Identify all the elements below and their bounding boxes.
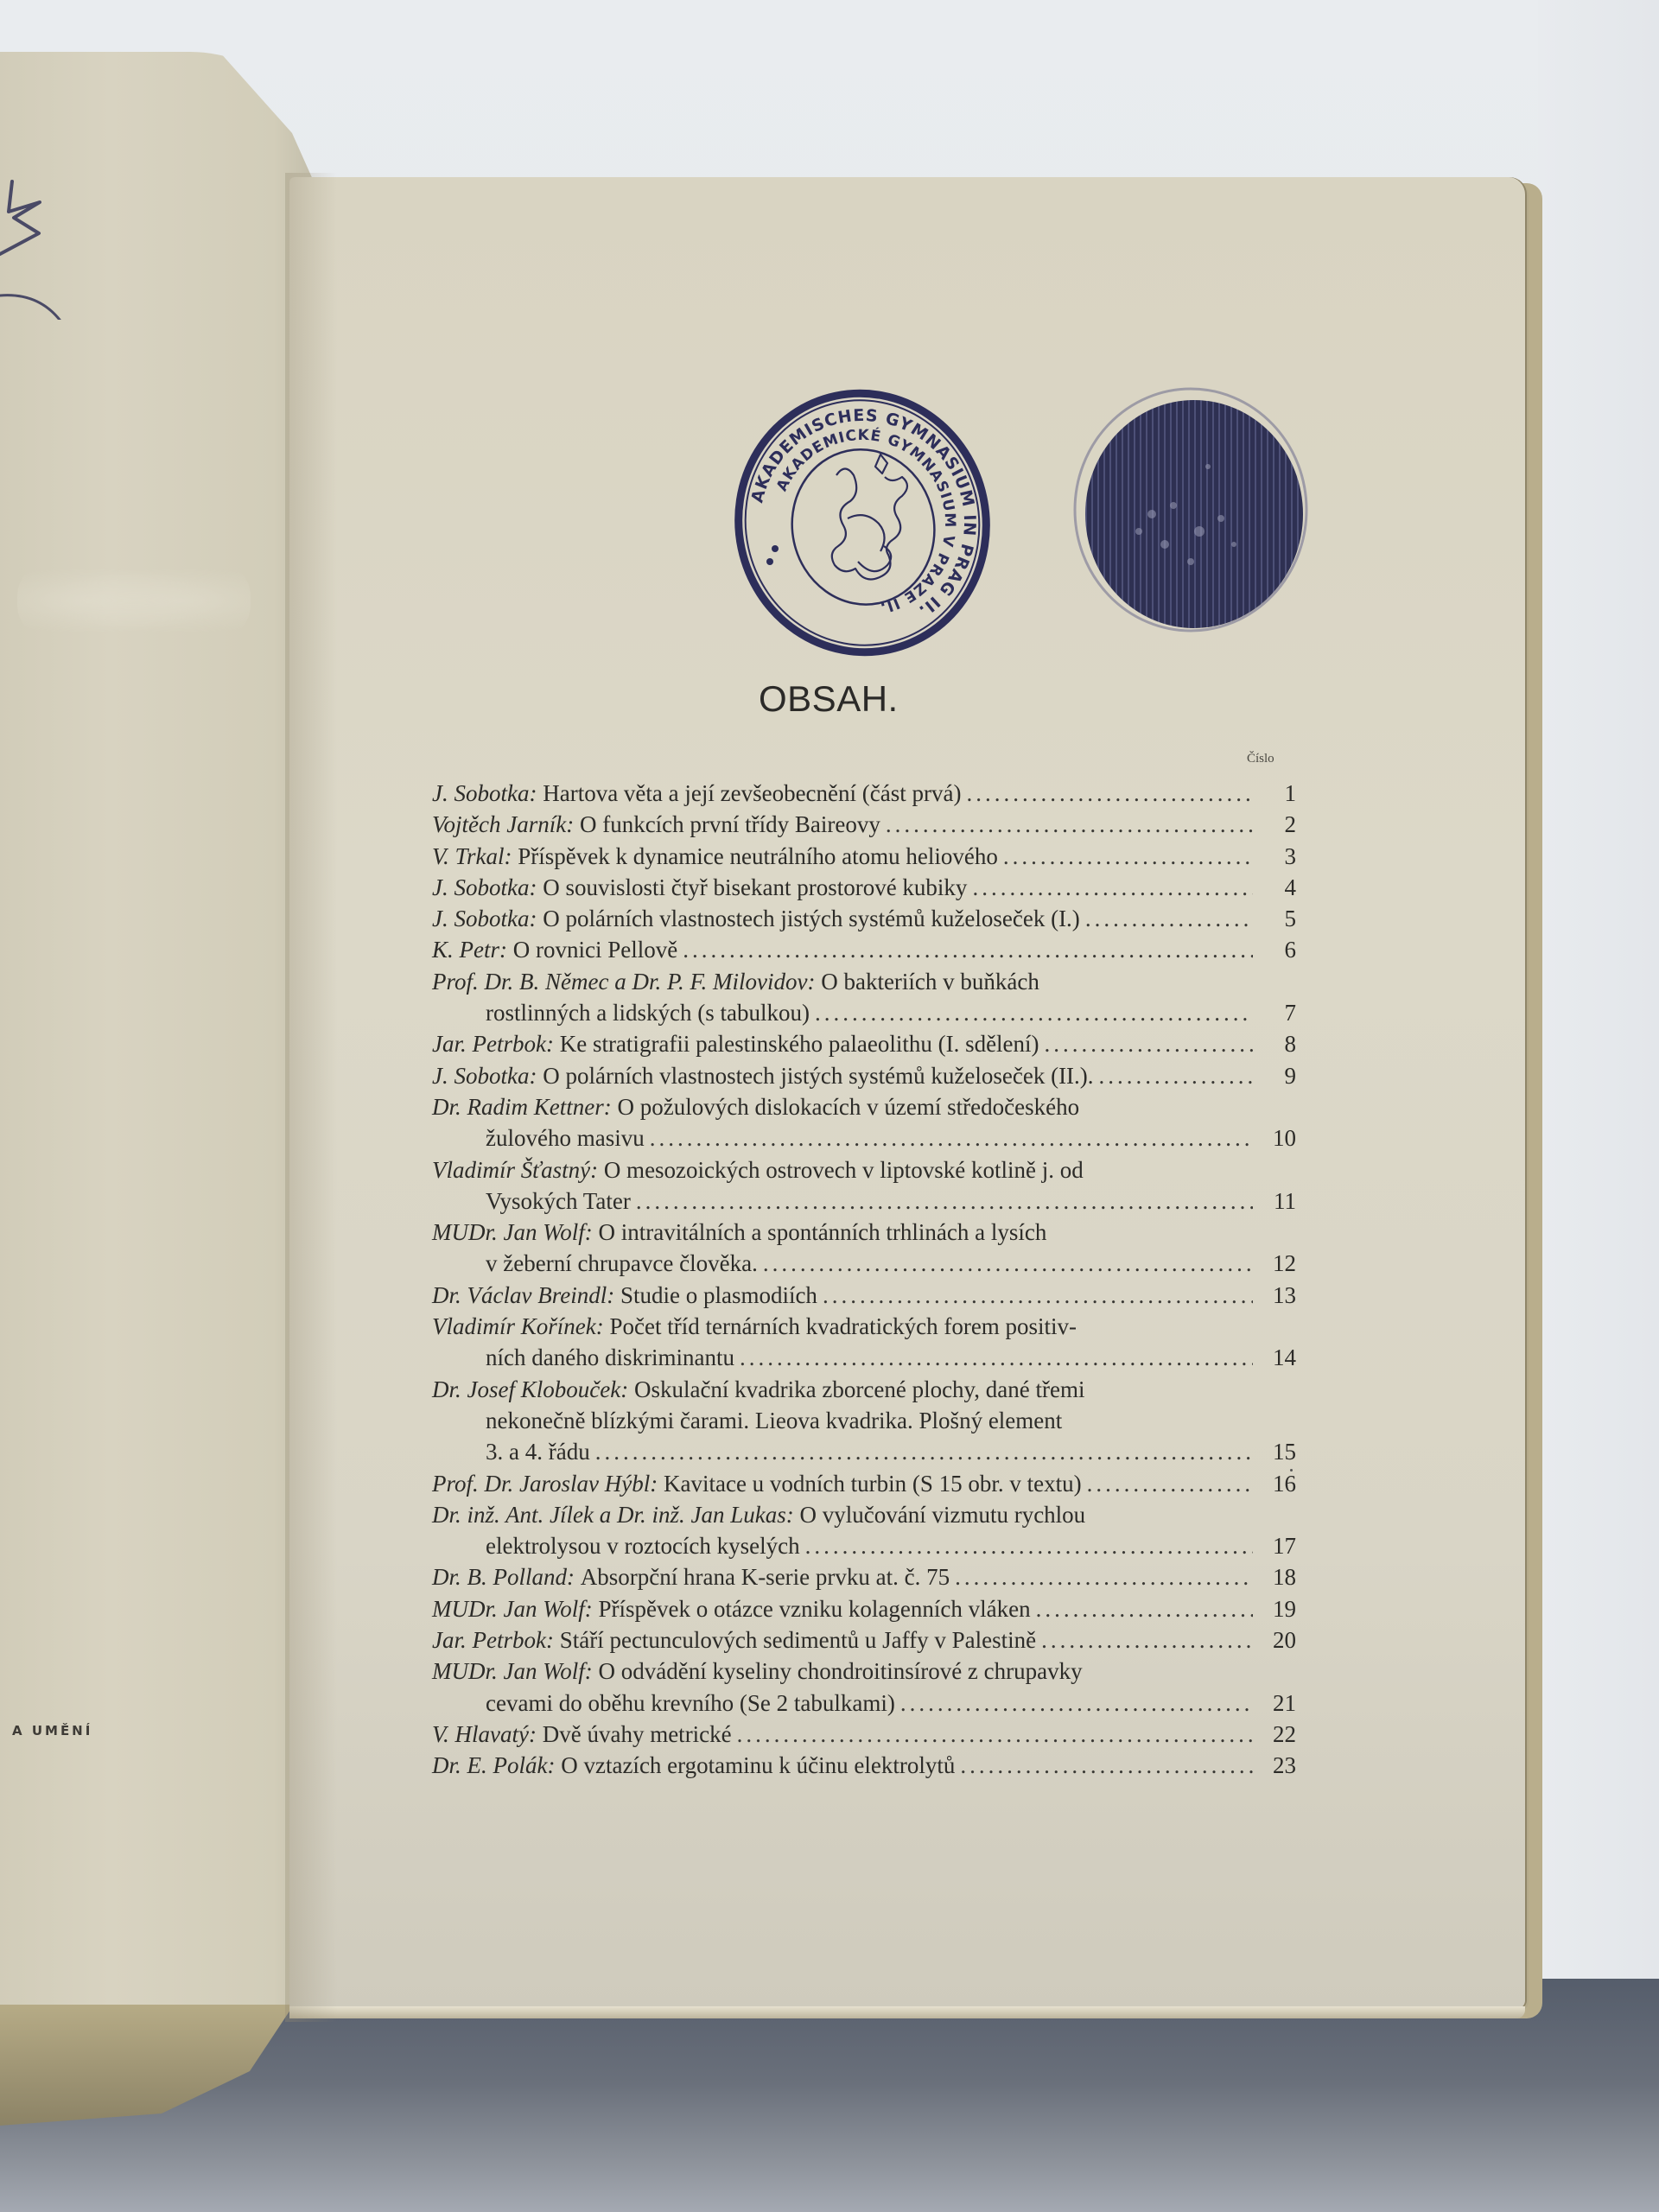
- toc-title: Oskulační kvadrika zborcené plochy, dané…: [634, 1374, 1085, 1405]
- toc-number: 1: [1258, 778, 1296, 809]
- toc-entry: Dr. E. Polák: O vztazích ergotaminu k úč…: [432, 1750, 1296, 1781]
- toc-number: 6: [1258, 934, 1296, 965]
- right-page-bottom-edge: [289, 2006, 1525, 2018]
- toc-line: J. Sobotka: O polárních vlastnostech jis…: [432, 903, 1296, 934]
- toc-line: elektrolysou v roztocích kyselých17: [432, 1530, 1296, 1561]
- toc-author: MUDr. Jan Wolf:: [432, 1217, 593, 1248]
- toc-title: O odvádění kyseliny chondroitinsírové z …: [599, 1656, 1083, 1687]
- toc-line: V. Hlavatý: Dvě úvahy metrické22: [432, 1719, 1296, 1750]
- dot-leader: [1099, 1060, 1253, 1091]
- toc-line: Jar. Petrbok: Ke stratigrafii palestinsk…: [432, 1028, 1296, 1059]
- toc-author: Dr. B. Polland:: [432, 1561, 575, 1592]
- dot-leader: [1041, 1624, 1253, 1656]
- toc-title: O vztazích ergotaminu k účinu elektrolyt…: [561, 1750, 955, 1781]
- dot-leader: [823, 1280, 1253, 1311]
- toc-line: MUDr. Jan Wolf: O odvádění kyseliny chon…: [432, 1656, 1296, 1687]
- toc-number: 19: [1258, 1593, 1296, 1624]
- toc-title: O polárních vlastnostech jistých systémů…: [543, 1060, 1093, 1091]
- toc-author: Dr. inž. Ant. Jílek a Dr. inž. Jan Lukas…: [432, 1499, 794, 1530]
- toc-title: Příspěvek k dynamice neutrálního atomu h…: [518, 841, 998, 872]
- toc-number: 4: [1258, 872, 1296, 903]
- toc-title: 3. a 4. řádu: [486, 1436, 590, 1467]
- dot-leader: [900, 1688, 1253, 1719]
- toc-line: nekonečně blízkými čarami. Lieova kvadri…: [432, 1405, 1296, 1436]
- toc-number: 7: [1258, 997, 1296, 1028]
- toc-number: 12: [1258, 1248, 1296, 1279]
- toc-entry: K. Petr: O rovnici Pellově6: [432, 934, 1296, 965]
- toc-entry: J. Sobotka: O polárních vlastnostech jis…: [432, 1060, 1296, 1091]
- ghost-embossed-title: [17, 562, 251, 639]
- toc-entry: J. Sobotka: O polárních vlastnostech jis…: [432, 903, 1296, 934]
- toc-entry: V. Hlavatý: Dvě úvahy metrické22: [432, 1719, 1296, 1750]
- dot-leader: [683, 934, 1253, 965]
- toc-line: Jar. Petrbok: Stáří pectunculových sedim…: [432, 1624, 1296, 1656]
- dot-leader: [1045, 1028, 1253, 1059]
- toc-entry: Dr. Radim Kettner: O požulových dislokac…: [432, 1091, 1296, 1154]
- toc-title: O intravitálních a spontánních trhlinách…: [599, 1217, 1047, 1248]
- toc-title: Studie o plasmodiích: [620, 1280, 817, 1311]
- toc-line: Vladimír Šťastný: O mesozoických ostrove…: [432, 1154, 1296, 1185]
- background-wall: [1538, 0, 1659, 2212]
- toc-number: 5: [1258, 903, 1296, 934]
- toc-number: 10: [1258, 1122, 1296, 1154]
- toc-author: K. Petr:: [432, 934, 507, 965]
- toc-number: 18: [1258, 1561, 1296, 1592]
- toc-author: Dr. Josef Klobouček:: [432, 1374, 628, 1405]
- toc-number: 15: [1258, 1436, 1296, 1467]
- toc-line: Dr. Václav Breindl: Studie o plasmodiích…: [432, 1280, 1296, 1311]
- toc-title: cevami do oběhu krevního (Se 2 tabulkami…: [486, 1688, 895, 1719]
- dot-leader: [1036, 1593, 1253, 1624]
- toc-title: O polárních vlastnostech jistých systémů…: [543, 903, 1080, 934]
- toc-author: Prof. Dr. Jaroslav Hýbl:: [432, 1468, 658, 1499]
- dot-leader: [763, 1248, 1253, 1279]
- toc-title: rostlinných a lidských (s tabulkou): [486, 997, 810, 1028]
- book-gutter: [285, 173, 337, 2022]
- toc-number: 21: [1258, 1688, 1296, 1719]
- toc-line: žulového masivu10: [432, 1122, 1296, 1154]
- toc-title: Stáří pectunculových sedimentů u Jaffy v…: [560, 1624, 1036, 1656]
- toc-line: ních daného diskriminantu14: [432, 1342, 1296, 1373]
- toc-entry: Prof. Dr. Jaroslav Hýbl: Kavitace u vodn…: [432, 1468, 1296, 1499]
- table-of-contents: J. Sobotka: Hartova věta a její zevšeobe…: [432, 778, 1296, 1782]
- toc-author: J. Sobotka:: [432, 872, 537, 903]
- toc-author: J. Sobotka:: [432, 903, 537, 934]
- toc-author: V. Hlavatý:: [432, 1719, 537, 1750]
- toc-entry: Dr. Josef Klobouček: Oskulační kvadrika …: [432, 1374, 1296, 1468]
- dot-leader: [1085, 903, 1253, 934]
- toc-author: Jar. Petrbok:: [432, 1028, 554, 1059]
- toc-title: Dvě úvahy metrické: [543, 1719, 732, 1750]
- toc-number: 8: [1258, 1028, 1296, 1059]
- toc-author: V. Trkal:: [432, 841, 512, 872]
- toc-title: žulového masivu: [486, 1122, 645, 1154]
- dot-leader: [815, 997, 1253, 1028]
- svg-text:AKADEMICKÉ GYMNASIUM V PRAZE I: AKADEMICKÉ GYMNASIUM V PRAZE II.: [773, 425, 958, 616]
- toc-entry: J. Sobotka: O souvislosti čtyř bisekant …: [432, 872, 1296, 903]
- dot-leader: [650, 1122, 1253, 1154]
- toc-entry: Prof. Dr. B. Němec a Dr. P. F. Milovidov…: [432, 966, 1296, 1029]
- toc-entry: Jar. Petrbok: Stáří pectunculových sedim…: [432, 1624, 1296, 1656]
- toc-title: Počet tříd ternárních kvadratických fore…: [609, 1311, 1077, 1342]
- dot-leader: [805, 1530, 1253, 1561]
- toc-entry: Dr. B. Polland: Absorpční hrana K-serie …: [432, 1561, 1296, 1592]
- dot-leader: [737, 1719, 1253, 1750]
- toc-entry: Vladimír Kořínek: Počet tříd ternárních …: [432, 1311, 1296, 1374]
- handwritten-b-mark-icon: [0, 147, 78, 320]
- toc-title: nekonečně blízkými čarami. Lieova kvadri…: [486, 1405, 1062, 1436]
- page-title: OBSAH.: [759, 678, 899, 720]
- toc-title: Absorpční hrana K-serie prvku at. č. 75: [581, 1561, 950, 1592]
- toc-line: rostlinných a lidských (s tabulkou)7: [432, 997, 1296, 1028]
- toc-author: Vladimír Šťastný:: [432, 1154, 598, 1185]
- toc-number: 14: [1258, 1342, 1296, 1373]
- toc-entry: MUDr. Jan Wolf: O odvádění kyseliny chon…: [432, 1656, 1296, 1719]
- toc-title: Hartova věta a její zevšeobecnění (část …: [543, 778, 961, 809]
- toc-number: 20: [1258, 1624, 1296, 1656]
- toc-line: MUDr. Jan Wolf: O intravitálních a spont…: [432, 1217, 1296, 1248]
- toc-line: Dr. Josef Klobouček: Oskulační kvadrika …: [432, 1374, 1296, 1405]
- toc-number: 22: [1258, 1719, 1296, 1750]
- toc-line: Vladimír Kořínek: Počet tříd ternárních …: [432, 1311, 1296, 1342]
- toc-line: Dr. Radim Kettner: O požulových dislokac…: [432, 1091, 1296, 1122]
- toc-title: O rovnici Pellově: [513, 934, 677, 965]
- toc-line: Dr. B. Polland: Absorpční hrana K-serie …: [432, 1561, 1296, 1592]
- dot-leader: [955, 1561, 1253, 1592]
- toc-line: Dr. E. Polák: O vztazích ergotaminu k úč…: [432, 1750, 1296, 1781]
- page-number-column-label: Číslo: [1247, 752, 1274, 766]
- toc-number: 3: [1258, 841, 1296, 872]
- toc-entry: Dr. inž. Ant. Jílek a Dr. inž. Jan Lukas…: [432, 1499, 1296, 1562]
- toc-author: Vladimír Kořínek:: [432, 1311, 604, 1342]
- toc-number: 23: [1258, 1750, 1296, 1781]
- toc-line: MUDr. Jan Wolf: Příspěvek o otázce vznik…: [432, 1593, 1296, 1624]
- toc-title: O bakteriích v buňkách: [821, 966, 1039, 997]
- toc-number: 2: [1258, 809, 1296, 840]
- toc-number: 17: [1258, 1530, 1296, 1561]
- toc-line: J. Sobotka: Hartova věta a její zevšeobe…: [432, 778, 1296, 809]
- toc-author: J. Sobotka:: [432, 778, 537, 809]
- toc-title: Ke stratigrafii palestinského palaeolith…: [560, 1028, 1039, 1059]
- toc-title: O vylučování vizmutu rychlou: [800, 1499, 1086, 1530]
- toc-title: O souvislosti čtyř bisekant prostorové k…: [543, 872, 967, 903]
- toc-author: Prof. Dr. B. Němec a Dr. P. F. Milovidov…: [432, 966, 815, 997]
- toc-line: J. Sobotka: O polárních vlastnostech jis…: [432, 1060, 1296, 1091]
- toc-line: Dr. inž. Ant. Jílek a Dr. inž. Jan Lukas…: [432, 1499, 1296, 1530]
- dot-leader: [1003, 841, 1253, 872]
- toc-entry: Vladimír Šťastný: O mesozoických ostrove…: [432, 1154, 1296, 1217]
- toc-number: 13: [1258, 1280, 1296, 1311]
- toc-author: Vojtěch Jarník:: [432, 809, 574, 840]
- toc-line: Vojtěch Jarník: O funkcích první třídy B…: [432, 809, 1296, 840]
- dot-leader: [636, 1185, 1253, 1217]
- toc-title: elektrolysou v roztocích kyselých: [486, 1530, 800, 1561]
- toc-title: Vysokých Tater: [486, 1185, 631, 1217]
- paper-speck: [1290, 1469, 1293, 1471]
- toc-author: MUDr. Jan Wolf:: [432, 1593, 593, 1624]
- left-page: [0, 52, 328, 2082]
- toc-title: Příspěvek o otázce vzniku kolagenních vl…: [599, 1593, 1031, 1624]
- dark-oval-stamp-icon: [1070, 385, 1312, 635]
- toc-entry: Dr. Václav Breindl: Studie o plasmodiích…: [432, 1280, 1296, 1311]
- toc-entry: MUDr. Jan Wolf: O intravitálních a spont…: [432, 1217, 1296, 1280]
- toc-author: Dr. E. Polák:: [432, 1750, 555, 1781]
- toc-title: v žeberní chrupavce člověka.: [486, 1248, 758, 1279]
- toc-author: Dr. Radim Kettner:: [432, 1091, 612, 1122]
- toc-author: Dr. Václav Breindl:: [432, 1280, 614, 1311]
- toc-title: O funkcích první třídy Baireovy: [580, 809, 880, 840]
- toc-entry: V. Trkal: Příspěvek k dynamice neutrální…: [432, 841, 1296, 872]
- library-seal-stamp-icon: AKADEMISCHES GYMNASIUM IN PRAG II. AKADE…: [728, 389, 996, 657]
- toc-author: MUDr. Jan Wolf:: [432, 1656, 593, 1687]
- toc-line: J. Sobotka: O souvislosti čtyř bisekant …: [432, 872, 1296, 903]
- toc-number: 16: [1258, 1468, 1296, 1499]
- dot-leader: [886, 809, 1253, 840]
- toc-line: 3. a 4. řádu15: [432, 1436, 1296, 1467]
- toc-line: V. Trkal: Příspěvek k dynamice neutrální…: [432, 841, 1296, 872]
- toc-title: O požulových dislokacích v území středoč…: [617, 1091, 1079, 1122]
- toc-title: Kavitace u vodních turbin (S 15 obr. v t…: [664, 1468, 1082, 1499]
- toc-line: v žeberní chrupavce člověka.12: [432, 1248, 1296, 1279]
- toc-number: 9: [1258, 1060, 1296, 1091]
- toc-author: J. Sobotka:: [432, 1060, 537, 1091]
- toc-title: ních daného diskriminantu: [486, 1342, 734, 1373]
- toc-author: Jar. Petrbok:: [432, 1624, 554, 1656]
- toc-entry: J. Sobotka: Hartova věta a její zevšeobe…: [432, 778, 1296, 809]
- dot-leader: [960, 1750, 1253, 1781]
- dot-leader: [966, 778, 1253, 809]
- toc-entry: MUDr. Jan Wolf: Příspěvek o otázce vznik…: [432, 1593, 1296, 1624]
- toc-line: cevami do oběhu krevního (Se 2 tabulkami…: [432, 1688, 1296, 1719]
- toc-line: Prof. Dr. B. Němec a Dr. P. F. Milovidov…: [432, 966, 1296, 997]
- toc-entry: Jar. Petrbok: Ke stratigrafii palestinsk…: [432, 1028, 1296, 1059]
- dot-leader: [1087, 1468, 1253, 1499]
- dot-leader: [595, 1436, 1253, 1467]
- toc-line: Vysokých Tater11: [432, 1185, 1296, 1217]
- toc-line: Prof. Dr. Jaroslav Hýbl: Kavitace u vodn…: [432, 1468, 1296, 1499]
- toc-entry: Vojtěch Jarník: O funkcích první třídy B…: [432, 809, 1296, 840]
- dot-leader: [740, 1342, 1253, 1373]
- left-page-footer: A UMĚNÍ: [12, 1723, 92, 1738]
- toc-title: O mesozoických ostrovech v liptovské kot…: [604, 1154, 1084, 1185]
- dot-leader: [972, 872, 1253, 903]
- toc-line: K. Petr: O rovnici Pellově6: [432, 934, 1296, 965]
- toc-number: 11: [1258, 1185, 1296, 1217]
